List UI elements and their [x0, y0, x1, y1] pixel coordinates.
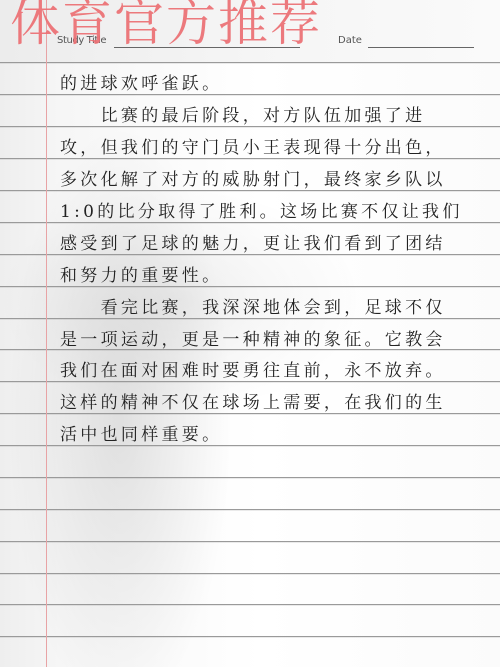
date-underline: [368, 47, 474, 48]
date-label: Date: [338, 35, 362, 46]
ruled-line: [0, 413, 500, 414]
text-line: 看完比赛，我深深地体会到，足球不仅: [60, 293, 446, 318]
ruled-line: [0, 62, 500, 63]
ruled-line: [0, 636, 500, 637]
text-line: 和努力的重要性。: [60, 261, 222, 286]
ruled-line: [0, 381, 500, 382]
text-line: 这样的精神不仅在球场上需要，在我们的生: [60, 388, 446, 413]
text-line: 1:0的比分取得了胜利。这场比赛不仅让我们: [60, 197, 463, 222]
text-line: 是一项运动，更是一种精神的象征。它教会: [60, 325, 446, 350]
text-line: 感受到了足球的魅力，更让我们看到了团结: [60, 229, 446, 254]
ruled-line: [0, 318, 500, 319]
ruled-line: [0, 254, 500, 255]
ruled-line: [0, 94, 500, 95]
text-line: 多次化解了对方的威胁射门，最终家乡队以: [60, 165, 446, 190]
margin-line: [46, 0, 47, 667]
ruled-line: [0, 604, 500, 605]
ruled-line: [0, 286, 500, 287]
ruled-line: [0, 126, 500, 127]
watermark-title: 体育官方推荐: [10, 0, 322, 52]
text-line: 比赛的最后阶段，对方队伍加强了进: [60, 101, 425, 126]
text-line: 我们在面对困难时要勇往直前，永不放弃。: [60, 356, 446, 381]
ruled-line: [0, 190, 500, 191]
ruled-line: [0, 509, 500, 510]
ruled-line: [0, 158, 500, 159]
ruled-line: [0, 222, 500, 223]
ruled-line: [0, 445, 500, 446]
ruled-line: [0, 477, 500, 478]
text-line: 攻，但我们的守门员小王表现得十分出色，: [60, 133, 446, 158]
text-line: 活中也同样重要。: [60, 420, 222, 445]
ruled-line: [0, 541, 500, 542]
text-line: 的进球欢呼雀跃。: [60, 69, 222, 94]
ruled-line: [0, 573, 500, 574]
